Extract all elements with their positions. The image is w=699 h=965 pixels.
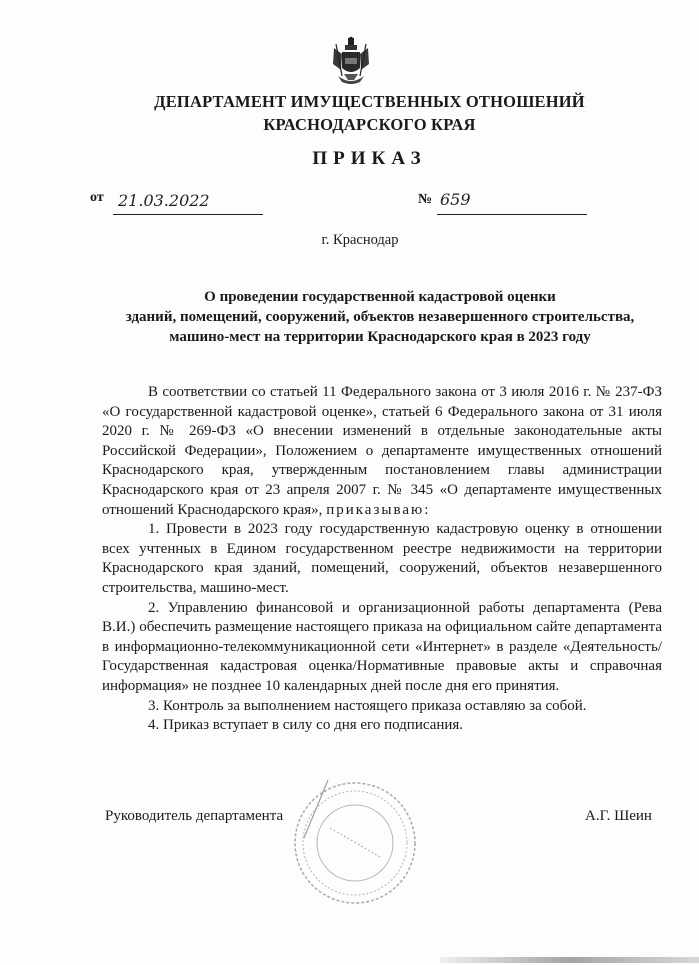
number-handwritten: 659 xyxy=(440,190,471,209)
organization-name-line1: ДЕПАРТАМЕНТ ИМУЩЕСТВЕННЫХ ОТНОШЕНИЙ xyxy=(20,92,699,112)
number-prefix: № xyxy=(418,192,432,208)
order-body: В соответствии со статьей 11 Федеральног… xyxy=(102,383,662,736)
subject-line1: О проведении государственной кадастровой… xyxy=(100,287,660,307)
scan-edge-artifact xyxy=(440,957,699,963)
order-item-2: 2. Управлению финансовой и организационн… xyxy=(102,599,662,697)
city: г. Краснодар xyxy=(20,232,699,249)
order-item-4: 4. Приказ вступает в силу со дня его под… xyxy=(102,716,662,736)
document-page: ДЕПАРТАМЕНТ ИМУЩЕСТВЕННЫХ ОТНОШЕНИЙ КРАС… xyxy=(0,0,699,965)
order-word: приказываю: xyxy=(326,502,430,518)
date-handwritten: 21.03.2022 xyxy=(118,191,210,210)
official-seal-icon xyxy=(290,778,420,908)
order-subject: О проведении государственной кадастровой… xyxy=(100,287,660,347)
subject-line3: машино-мест на территории Краснодарского… xyxy=(100,327,660,347)
signer-name: А.Г. Шеин xyxy=(585,808,652,825)
date-prefix: от xyxy=(90,190,104,206)
preamble-paragraph: В соответствии со статьей 11 Федеральног… xyxy=(102,383,662,520)
document-type-title: ПРИКАЗ xyxy=(20,148,699,170)
order-item-1: 1. Провести в 2023 году государственную … xyxy=(102,520,662,598)
order-item-3: 3. Контроль за выполнением настоящего пр… xyxy=(102,697,662,717)
preamble-text: В соответствии со статьей 11 Федеральног… xyxy=(102,384,662,518)
coat-of-arms-icon xyxy=(330,36,372,88)
organization-name-line2: КРАСНОДАРСКОГО КРАЯ xyxy=(20,115,699,135)
subject-line2: зданий, помещений, сооружений, объектов … xyxy=(100,307,660,327)
signer-position: Руководитель департамента xyxy=(105,808,283,825)
